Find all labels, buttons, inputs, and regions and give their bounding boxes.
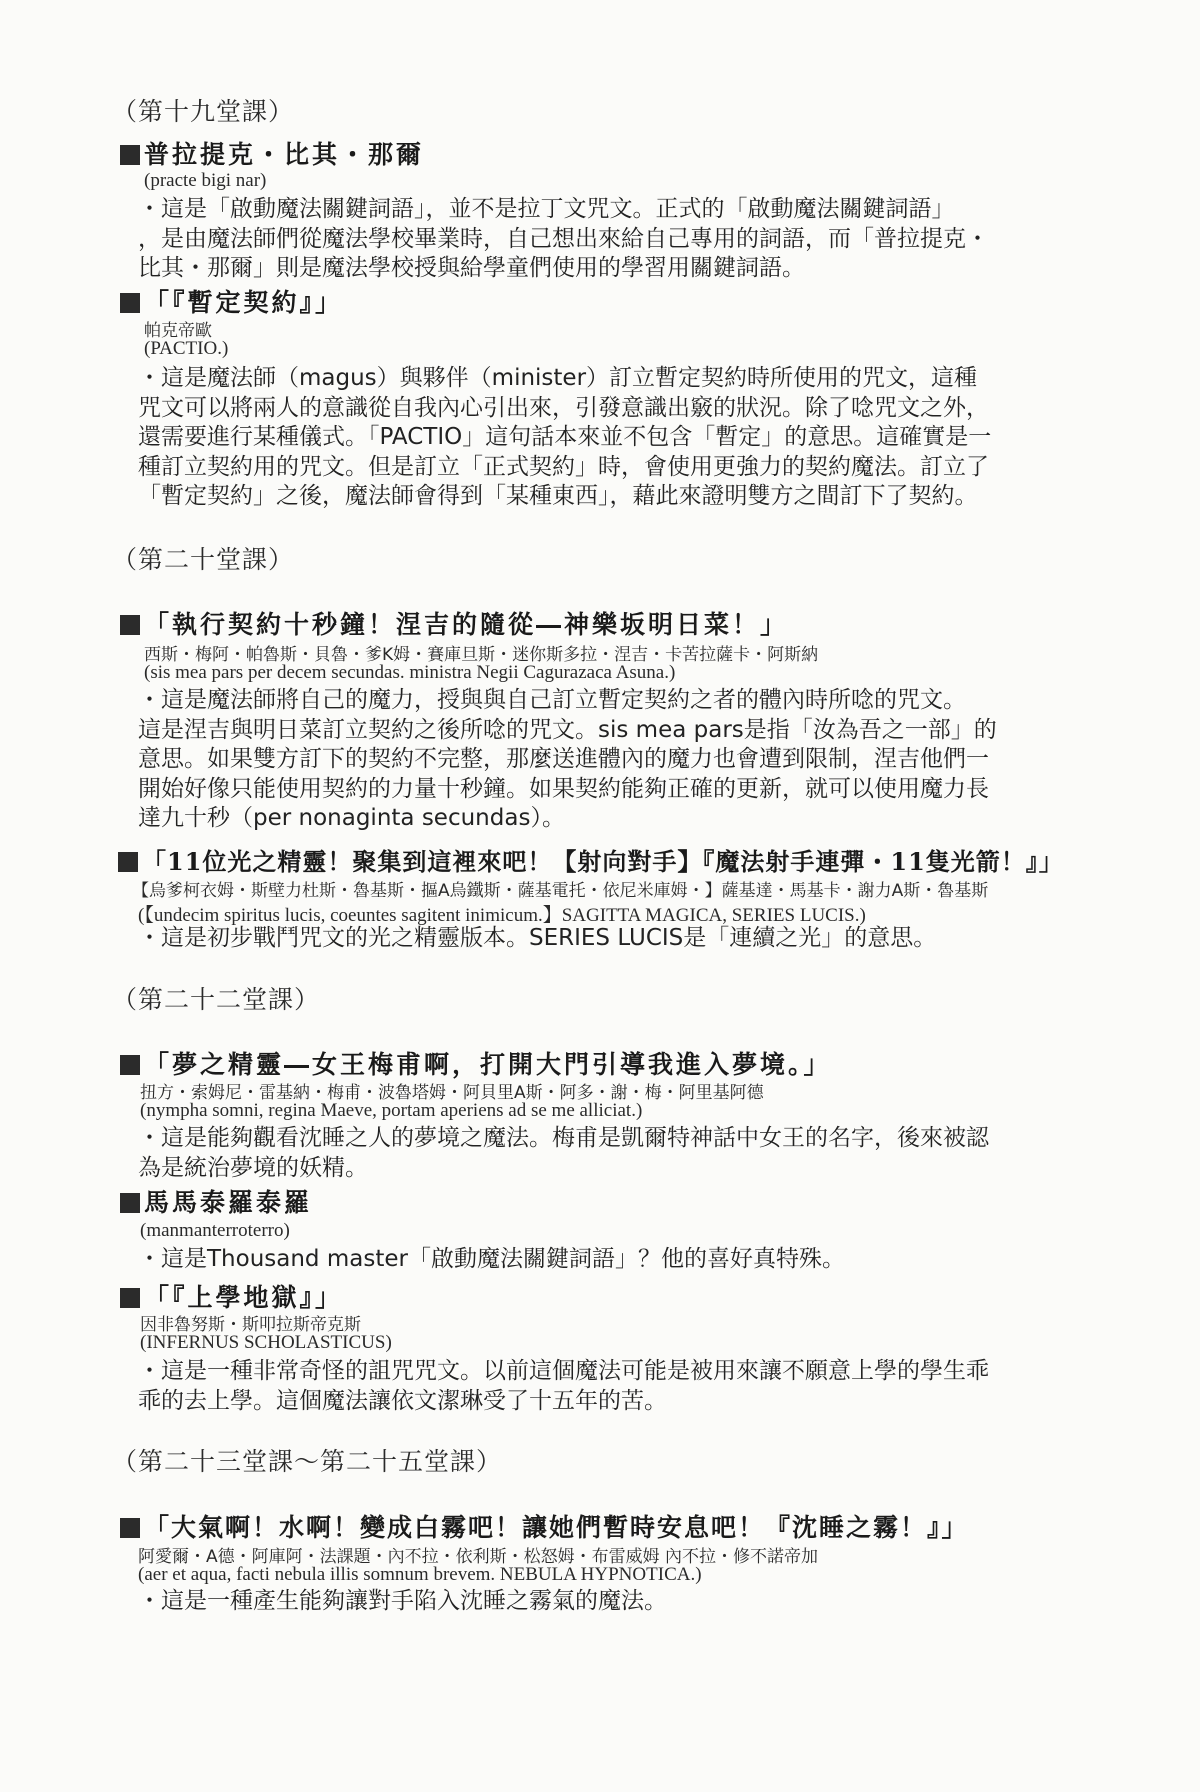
spell-heading: 「大氣啊！水啊！變成白霧吧！讓她們暫時安息吧！『沈睡之霧！』」 [120,1508,969,1544]
lesson-title: （第二十二堂課） [112,980,320,1016]
document-page: （第十九堂課） 普拉提克・比其・那爾 (practe bigi nar) ・這是… [0,0,1200,1792]
lesson-title: （第二十堂課） [112,540,294,576]
spell-latin: (【undecim spiritus lucis, coeuntes sagit… [138,900,866,927]
spell-description: ・這是一種非常奇怪的詛咒咒文。以前這個魔法可能是被用來讓不願意上學的學生乖 乖的… [138,1357,1138,1416]
spell-description: ・這是初步戰鬥咒文的光之精靈版本。SERIES LUCIS是「連續之光」的意思。 [138,924,1138,954]
square-bullet-icon [120,615,140,635]
square-bullet-icon [120,1518,140,1538]
spell-description: ・這是「啟動魔法關鍵詞語」，並不是拉丁文咒文。正式的「啟動魔法關鍵詞語」 ，是由… [138,195,1138,284]
spell-description: ・這是能夠觀看沈睡之人的夢境之魔法。梅甫是凱爾特神話中女王的名字，後來被認 為是… [138,1124,1138,1183]
spell-heading: 「『上學地獄』」 [120,1278,343,1314]
square-bullet-icon [120,1055,140,1075]
lesson-title: （第二十三堂課～第二十五堂課） [112,1442,502,1478]
square-bullet-icon [120,1288,140,1308]
spell-latin: (PACTIO.) [144,338,228,360]
spell-description: ・這是魔法師（magus）與夥伴（minister）訂立暫定契約時所使用的咒文，… [138,364,1138,512]
spell-description: ・這是Thousand master「啟動魔法關鍵詞語」？他的喜好真特殊。 [138,1245,1138,1275]
spell-heading: 馬馬泰羅泰羅 [120,1183,312,1219]
spell-latin: (practe bigi nar) [144,170,266,192]
spell-latin: (sis mea pars per decem secundas. minist… [144,662,675,684]
spell-reading: 【烏爹柯衣姆・斯壁力杜斯・魯基斯・摳A烏鐵斯・薩基電托・依尼米庫姆・】薩基達・馬… [132,876,988,901]
spell-latin: (nympha somni, regina Maeve, portam aper… [140,1100,642,1122]
square-bullet-icon [120,293,140,313]
spell-description: ・這是一種產生能夠讓對手陷入沈睡之霧氣的魔法。 [138,1587,1138,1617]
spell-latin: (manmanterroterro) [140,1220,290,1242]
spell-latin: (aer et aqua, facti nebula illis somnum … [138,1564,702,1586]
spell-heading: 「11位光之精靈！聚集到這裡來吧！【射向對手】『魔法射手連彈・11隻光箭！』」 [118,842,1064,877]
spell-heading: 「『暫定契約』」 [120,283,343,319]
spell-heading: 「執行契約十秒鐘！涅吉的隨從―神樂坂明日菜！」 [120,605,788,641]
spell-description: ・這是魔法師將自己的魔力，授與與自己訂立暫定契約之者的體內時所唸的咒文。 這是涅… [138,686,1138,834]
square-bullet-icon [120,1193,140,1213]
square-bullet-icon [118,852,138,872]
spell-latin: (INFERNUS SCHOLASTICUS) [140,1332,392,1354]
spell-heading: 普拉提克・比其・那爾 [120,135,424,171]
square-bullet-icon [120,145,140,165]
lesson-title: （第十九堂課） [112,92,294,128]
spell-heading: 「夢之精靈―女王梅甫啊，打開大門引導我進入夢境。」 [120,1045,832,1081]
